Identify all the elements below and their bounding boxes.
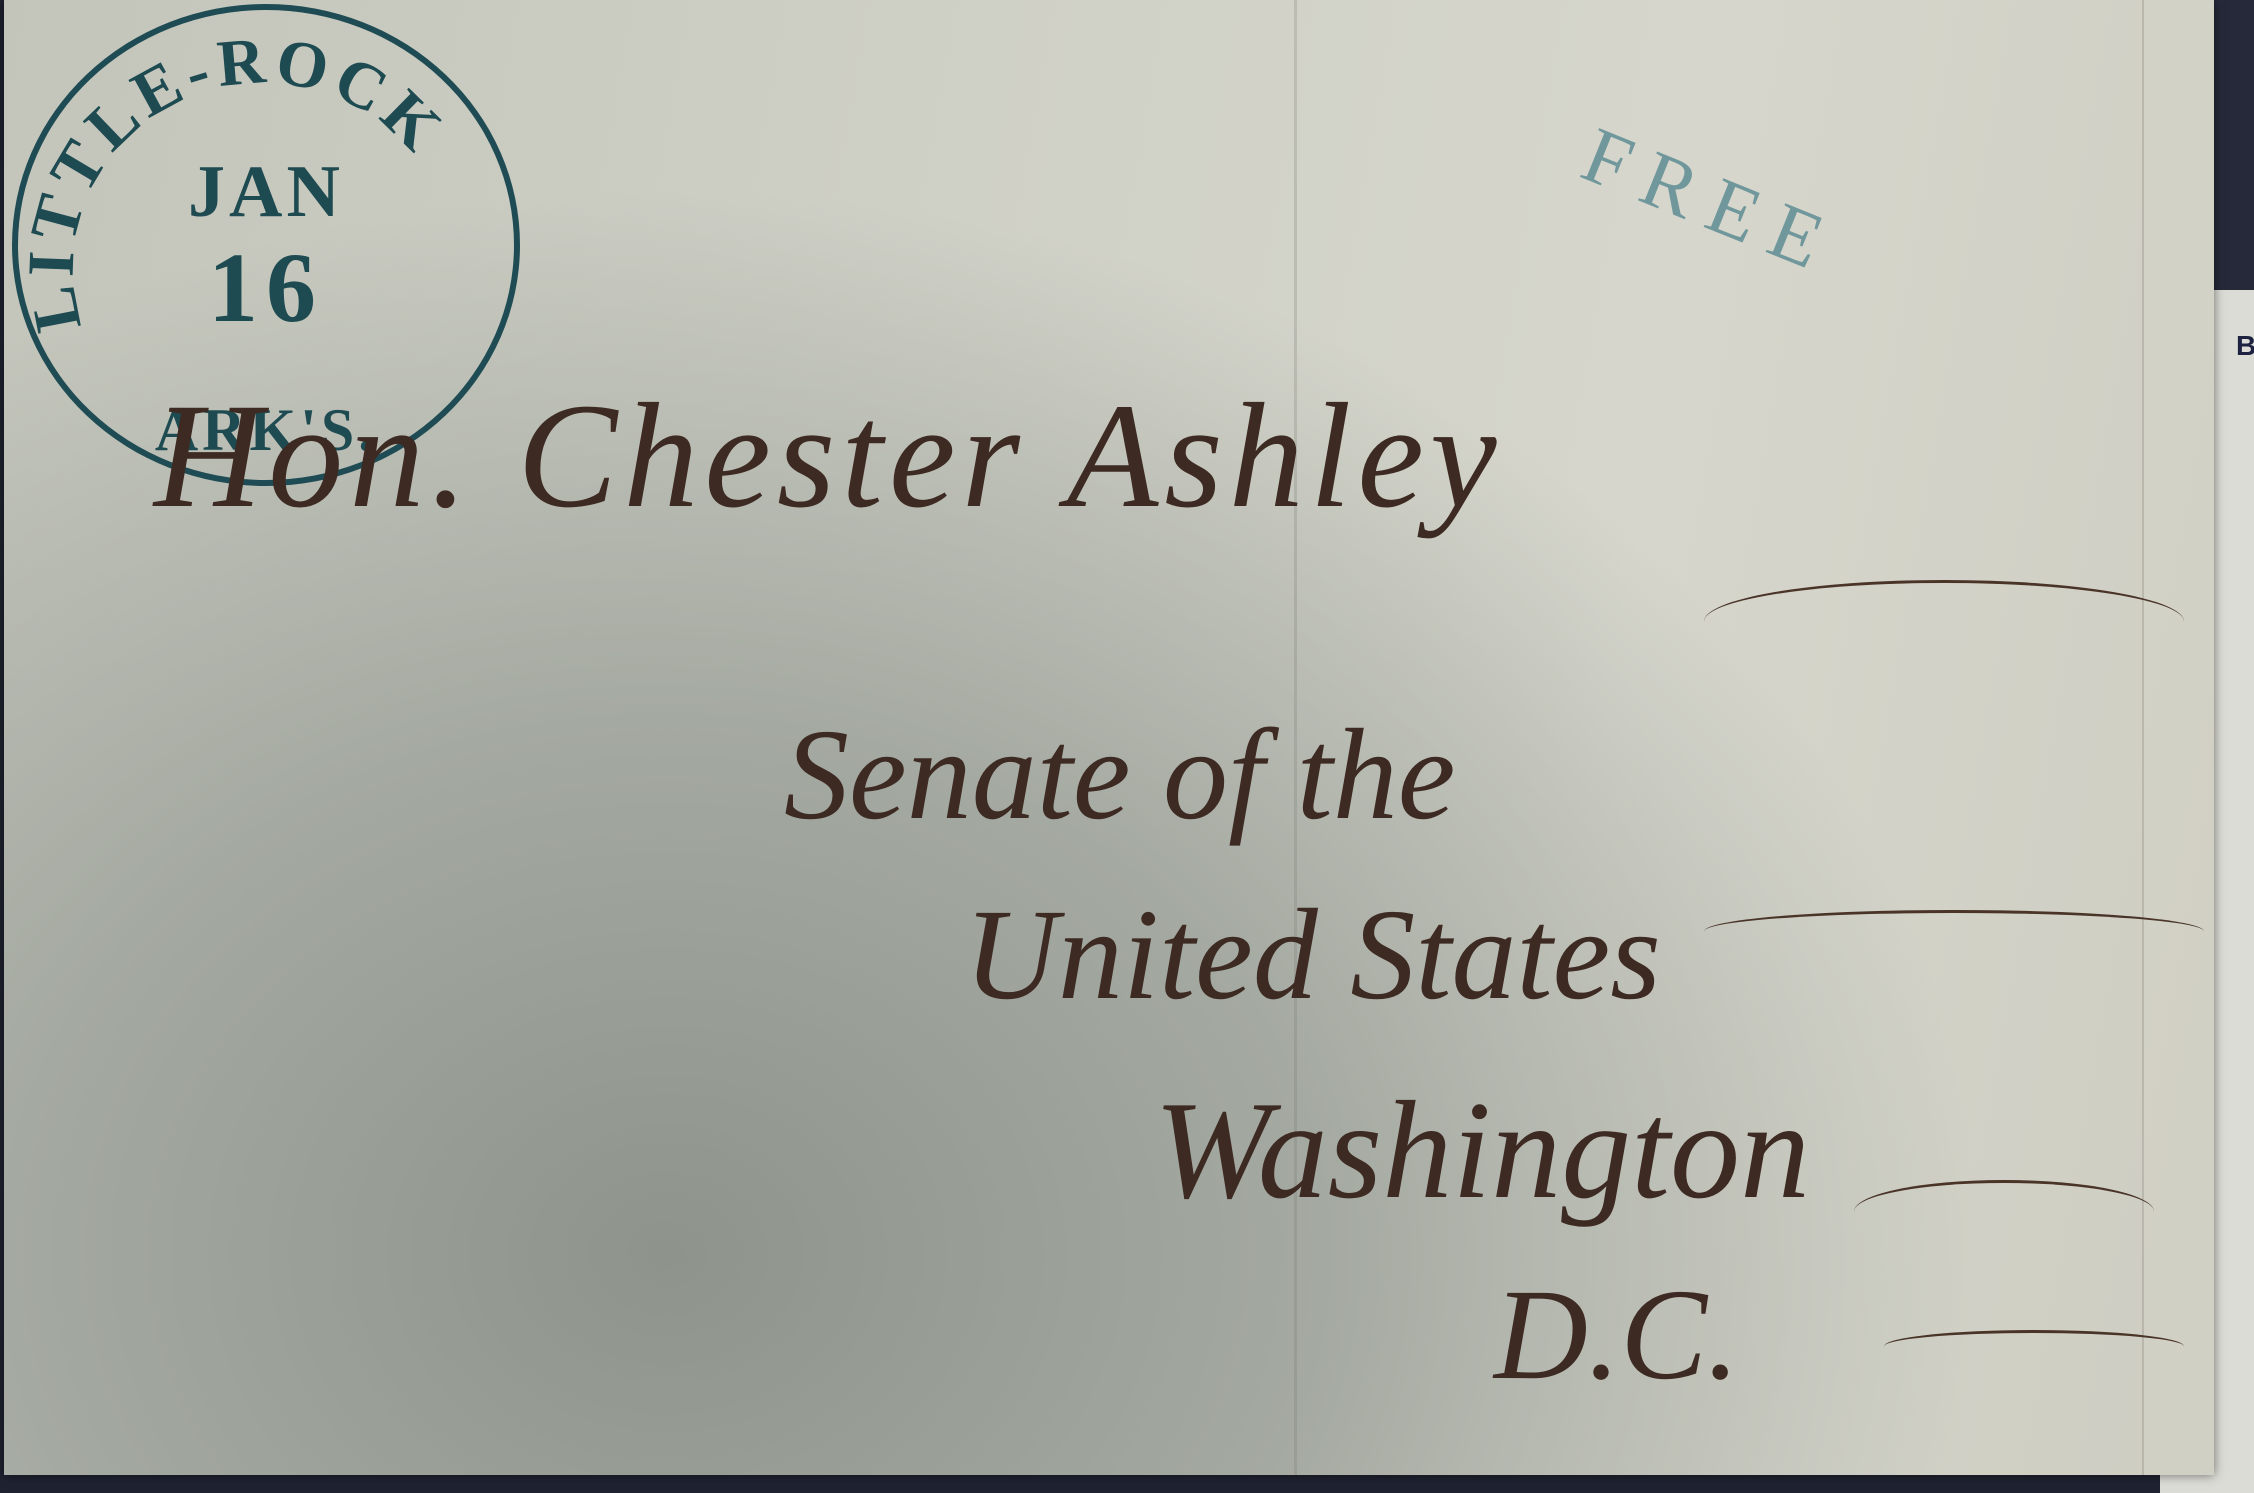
flourish-line: [1884, 1330, 2184, 1363]
address-line-senate: Senate of the: [784, 700, 1455, 850]
address-line-city: Washington: [1154, 1070, 1810, 1231]
postmark-day: 16: [18, 230, 514, 345]
address-recipient: Hon. Chester Ashley: [154, 370, 1503, 542]
flourish-line: [1854, 1180, 2154, 1243]
address-line-district: D.C.: [1494, 1260, 1740, 1410]
postmark-month: JAN: [18, 150, 514, 235]
folded-edge: [2142, 0, 2214, 1475]
flourish-line: [1704, 580, 2184, 663]
letter-cover: LITTLE-ROCK ARK'S. JAN 16 FREE Hon. Ches…: [4, 0, 2214, 1475]
free-frank-marking: FREE: [1570, 110, 1852, 295]
address-line-united-states: United States: [964, 880, 1661, 1030]
flourish-line: [1704, 910, 2204, 953]
background-label: B: [2236, 330, 2254, 362]
